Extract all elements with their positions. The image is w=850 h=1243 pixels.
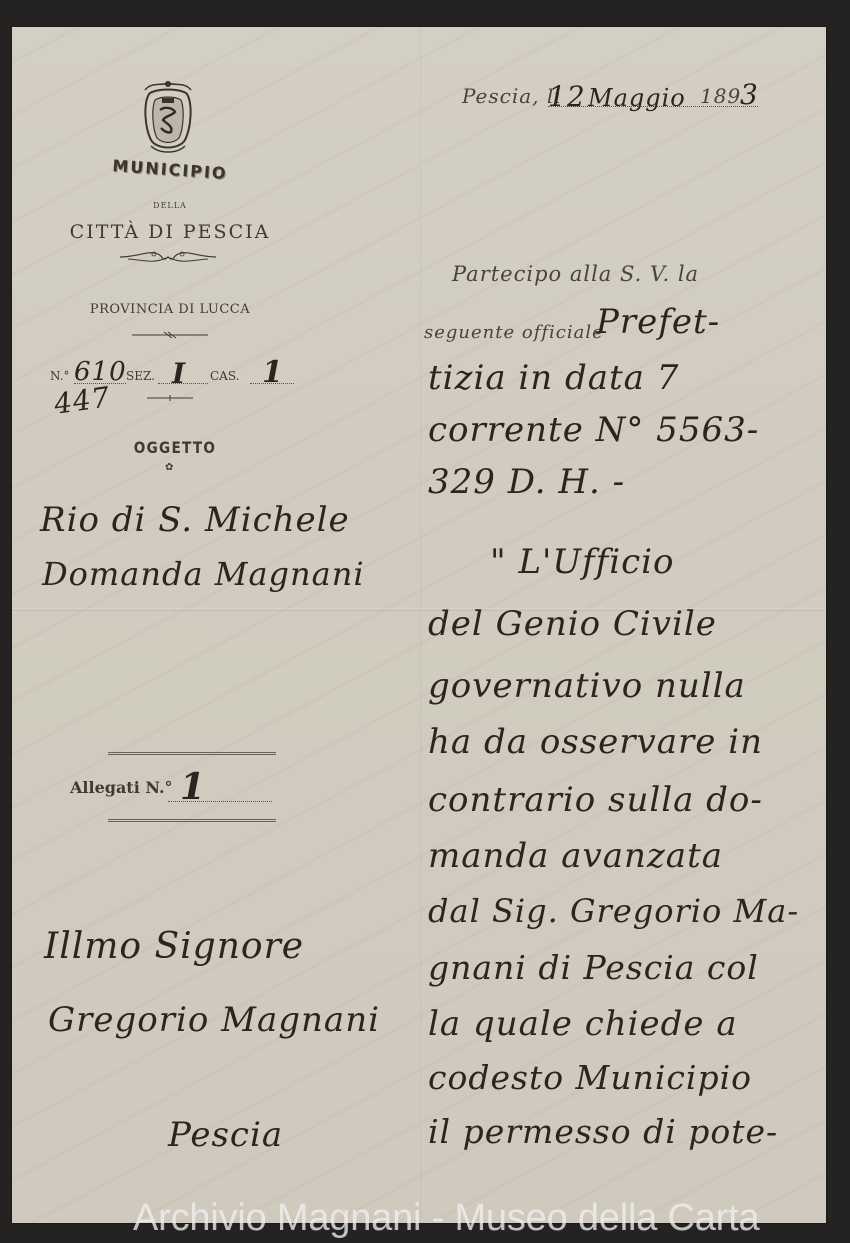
archive-watermark: Archivio Magnani - Museo della Carta [133, 1197, 759, 1240]
body-line: " L'Ufficio [490, 542, 674, 582]
addressee-title: Illmo Signore [44, 926, 304, 967]
body-line: ha da osservare in [428, 722, 763, 762]
flourish-ornament-icon [118, 248, 218, 266]
body-line: codesto Municipio [428, 1058, 752, 1097]
letterhead-city: CITTÀ DI PESCIA [52, 221, 288, 243]
body-line: Prefet- [596, 302, 720, 342]
body-line: tizia in data 7 [428, 358, 679, 398]
body-line: 329 D. H. - [428, 462, 625, 502]
case-value: 1 [262, 355, 284, 390]
dateline-year-handwritten: 3 [740, 78, 759, 111]
body-line: gnani di Pescia col [428, 948, 759, 987]
body-line: contrario sulla do- [428, 780, 763, 820]
subject-ornament-icon: ✿ [165, 462, 173, 473]
addressee-name: Gregorio Magnani [48, 1000, 380, 1040]
body-line: governativo nulla [428, 666, 746, 706]
attachments-label: Allegati N.° [70, 778, 173, 797]
body-line: del Genio Civile [428, 604, 717, 644]
letterhead-della: DELLA [140, 201, 200, 210]
dateline-place: Pescia, li [462, 84, 562, 108]
body-line: il permesso di pote- [428, 1112, 778, 1151]
body-line: corrente N° 5563- [428, 410, 759, 450]
dateline-year-printed: 189 [700, 84, 741, 108]
body-line: dal Sig. Gregorio Ma- [428, 892, 799, 930]
subject-line-1: Rio di S. Michele [40, 500, 350, 540]
subject-heading: OGGETTO [120, 438, 231, 457]
section-label: SEZ. [126, 369, 155, 383]
attachments-value: 1 [180, 766, 206, 808]
pescia-coat-of-arms-icon [141, 80, 195, 156]
case-label: CAS. [210, 369, 239, 383]
body-printed-intro-1: Partecipo alla S. V. la [452, 262, 699, 286]
letterhead-province: PROVINCIA DI LUCCA [60, 302, 280, 317]
body-printed-intro-2: seguente officiale [424, 322, 604, 343]
subject-line-2: Domanda Magnani [42, 555, 365, 593]
divider-cross-ornament-icon [145, 394, 195, 402]
divider-ornament-icon [130, 330, 210, 340]
dateline-day: 12 [548, 80, 586, 113]
addressee-place: Pescia [168, 1115, 283, 1155]
dateline-month: Maggio [588, 84, 686, 112]
body-line: la quale chiede a [428, 1004, 738, 1044]
number-label: N.° [50, 369, 70, 383]
section-value: I [172, 357, 186, 390]
vertical-fold-crease [419, 27, 421, 1223]
body-line: manda avanzata [428, 836, 723, 876]
